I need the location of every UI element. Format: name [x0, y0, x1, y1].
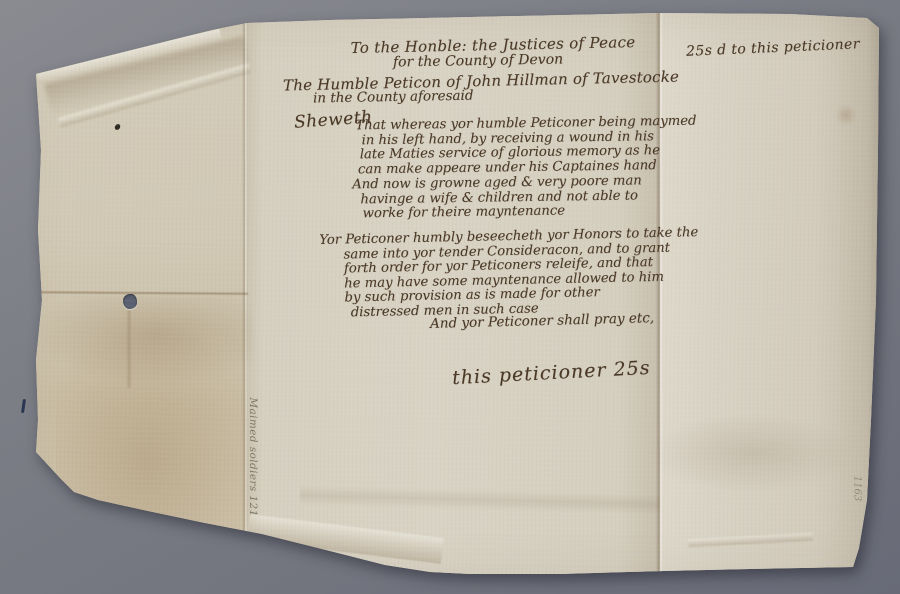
body-paragraph-2: Yor Peticoner humbly beseecheth yor Hono…	[319, 226, 700, 321]
body-paragraph-1: That whereas yor humble Peticoner being …	[355, 115, 697, 223]
folio-number: 1163	[852, 464, 863, 514]
paper-shadow-wrap: To the Honble: the Justices of Peace for…	[0, 0, 900, 594]
petition-paper: To the Honble: the Justices of Peace for…	[0, 0, 900, 594]
photo-stage: To the Honble: the Justices of Peace for…	[0, 0, 900, 594]
salutation-line-2: in the County aforesaid	[313, 88, 474, 107]
archival-margin-note: Maimed soldiers 121	[247, 397, 259, 517]
